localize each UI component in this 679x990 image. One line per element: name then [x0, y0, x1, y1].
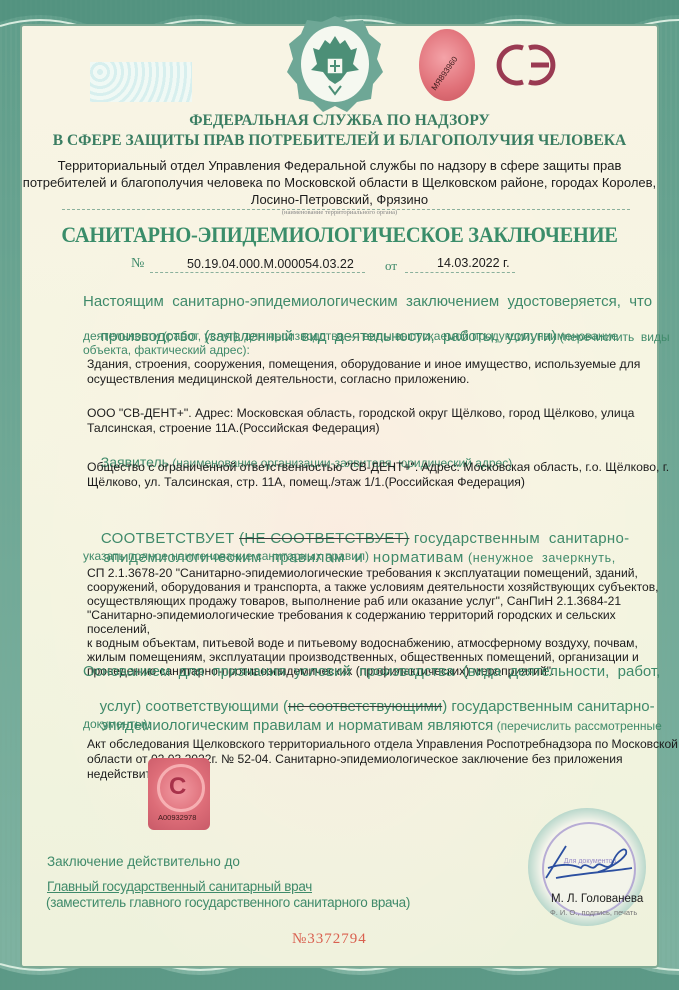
- production-value-line1: Здания, строения, сооружения, помещения,…: [87, 357, 640, 371]
- date-underline: [405, 272, 515, 273]
- coat-of-arms-icon: [285, 14, 385, 114]
- applicant-value-line2: Щёлково, ул. Талсинская, стр. 11А, помещ…: [87, 475, 525, 489]
- signer-caption: Ф. И. О., подпись, печать: [550, 908, 637, 917]
- production-intro-line3: деятельности (работ, услуг), для произво…: [83, 329, 618, 343]
- basis-line1: Основанием для признания условий произво…: [83, 663, 660, 680]
- rules-line: осуществляющих продажу товаров, выполнен…: [87, 594, 679, 608]
- object-address-line1: ООО "СВ-ДЕНТ+". Адрес: Московская област…: [87, 406, 634, 420]
- date-label: от: [385, 258, 397, 274]
- rules-line: сооружений, оборудования и транспорта, а…: [87, 580, 679, 594]
- rules-line: жилым помещениям, эксплуатации производс…: [87, 650, 679, 664]
- compliance-line2-hint: (ненужное зачеркнуть,: [464, 551, 616, 565]
- se-logo: [495, 42, 561, 88]
- production-intro-line1: Настоящим санитарно-эпидемиологическим з…: [83, 293, 652, 310]
- signer-name: М. Л. Голованева: [551, 893, 643, 905]
- compliance-line3-hint: указать полное наименование санитарных п…: [83, 549, 369, 563]
- production-value-line2: осуществления медицинской деятельности, …: [87, 372, 469, 386]
- signer-title: Главный государственный санитарный врач: [47, 879, 312, 894]
- basis-line3-hint: (перечислить рассмотренные: [493, 719, 662, 733]
- object-address-line2: Талсинская, строение 11А.(Российская Фед…: [87, 421, 380, 435]
- basis-line4-hint: документы):: [83, 717, 151, 731]
- sanitary-rules-list: СП 2.1.3678-20 "Санитарно-эпидемиологиче…: [87, 566, 679, 678]
- number-underline: [150, 272, 365, 273]
- agency-name-line1: ФЕДЕРАЛЬНАЯ СЛУЖБА ПО НАДЗОРУ: [0, 112, 679, 130]
- valid-until-label: Заключение действительно до: [47, 854, 240, 869]
- rules-line: к водным объектам, питьевой воде и питье…: [87, 636, 679, 650]
- number-label: №: [131, 256, 144, 272]
- territorial-office-line1: Территориальный отдел Управления Федерал…: [0, 158, 679, 173]
- territorial-office-line2: потребителей и благополучия человека по …: [0, 175, 679, 190]
- hologram-bottom-serial: А00932978: [158, 813, 196, 822]
- security-pattern-patch: [90, 62, 192, 102]
- basis-document-line: Акт обследования Щелковского территориал…: [87, 737, 678, 752]
- signature: [536, 838, 636, 888]
- document-date: 14.03.2022 г.: [437, 256, 510, 270]
- document-number: 50.19.04.000.М.000054.03.22: [187, 257, 354, 271]
- document-title: САНИТАРНО-ЭПИДЕМИОЛОГИЧЕСКОЕ ЗАКЛЮЧЕНИЕ: [24, 222, 655, 248]
- basis-line3-main: эпидемиологическим правилам и нормативам…: [101, 717, 493, 734]
- territorial-caption: (наименование территориального органа): [0, 209, 679, 216]
- rules-line: СП 2.1.3678-20 "Санитарно-эпидемиологиче…: [87, 566, 679, 580]
- certificate-border: МЯ893960 ФЕДЕРАЛЬНАЯ СЛУЖБА ПО НАДЗОРУ В…: [0, 0, 679, 990]
- signer-title-alt: (заместитель главного государственного с…: [46, 895, 410, 910]
- hologram-sticker-top: МЯ893960: [419, 29, 475, 101]
- rules-line: "Санитарно-эпидемиологические требования…: [87, 608, 679, 636]
- agency-name-line2: В СФЕРЕ ЗАЩИТЫ ПРАВ ПОТРЕБИТЕЛЕЙ И БЛАГО…: [0, 132, 679, 150]
- production-intro-line4: объекта, фактический адрес):: [83, 343, 250, 357]
- hologram-c-icon: C: [169, 773, 186, 801]
- form-number: №3372794: [292, 931, 367, 948]
- hologram-serial: МЯ893960: [430, 55, 460, 92]
- hologram-sticker-bottom: C А00932978: [148, 758, 210, 830]
- emblem-badge: [285, 14, 385, 114]
- se-logo-icon: [495, 42, 561, 88]
- territorial-office-line3: Лосино-Петровский, Фрязино: [0, 192, 679, 207]
- applicant-value-line1: Общество с ограниченной ответственностью…: [87, 460, 669, 474]
